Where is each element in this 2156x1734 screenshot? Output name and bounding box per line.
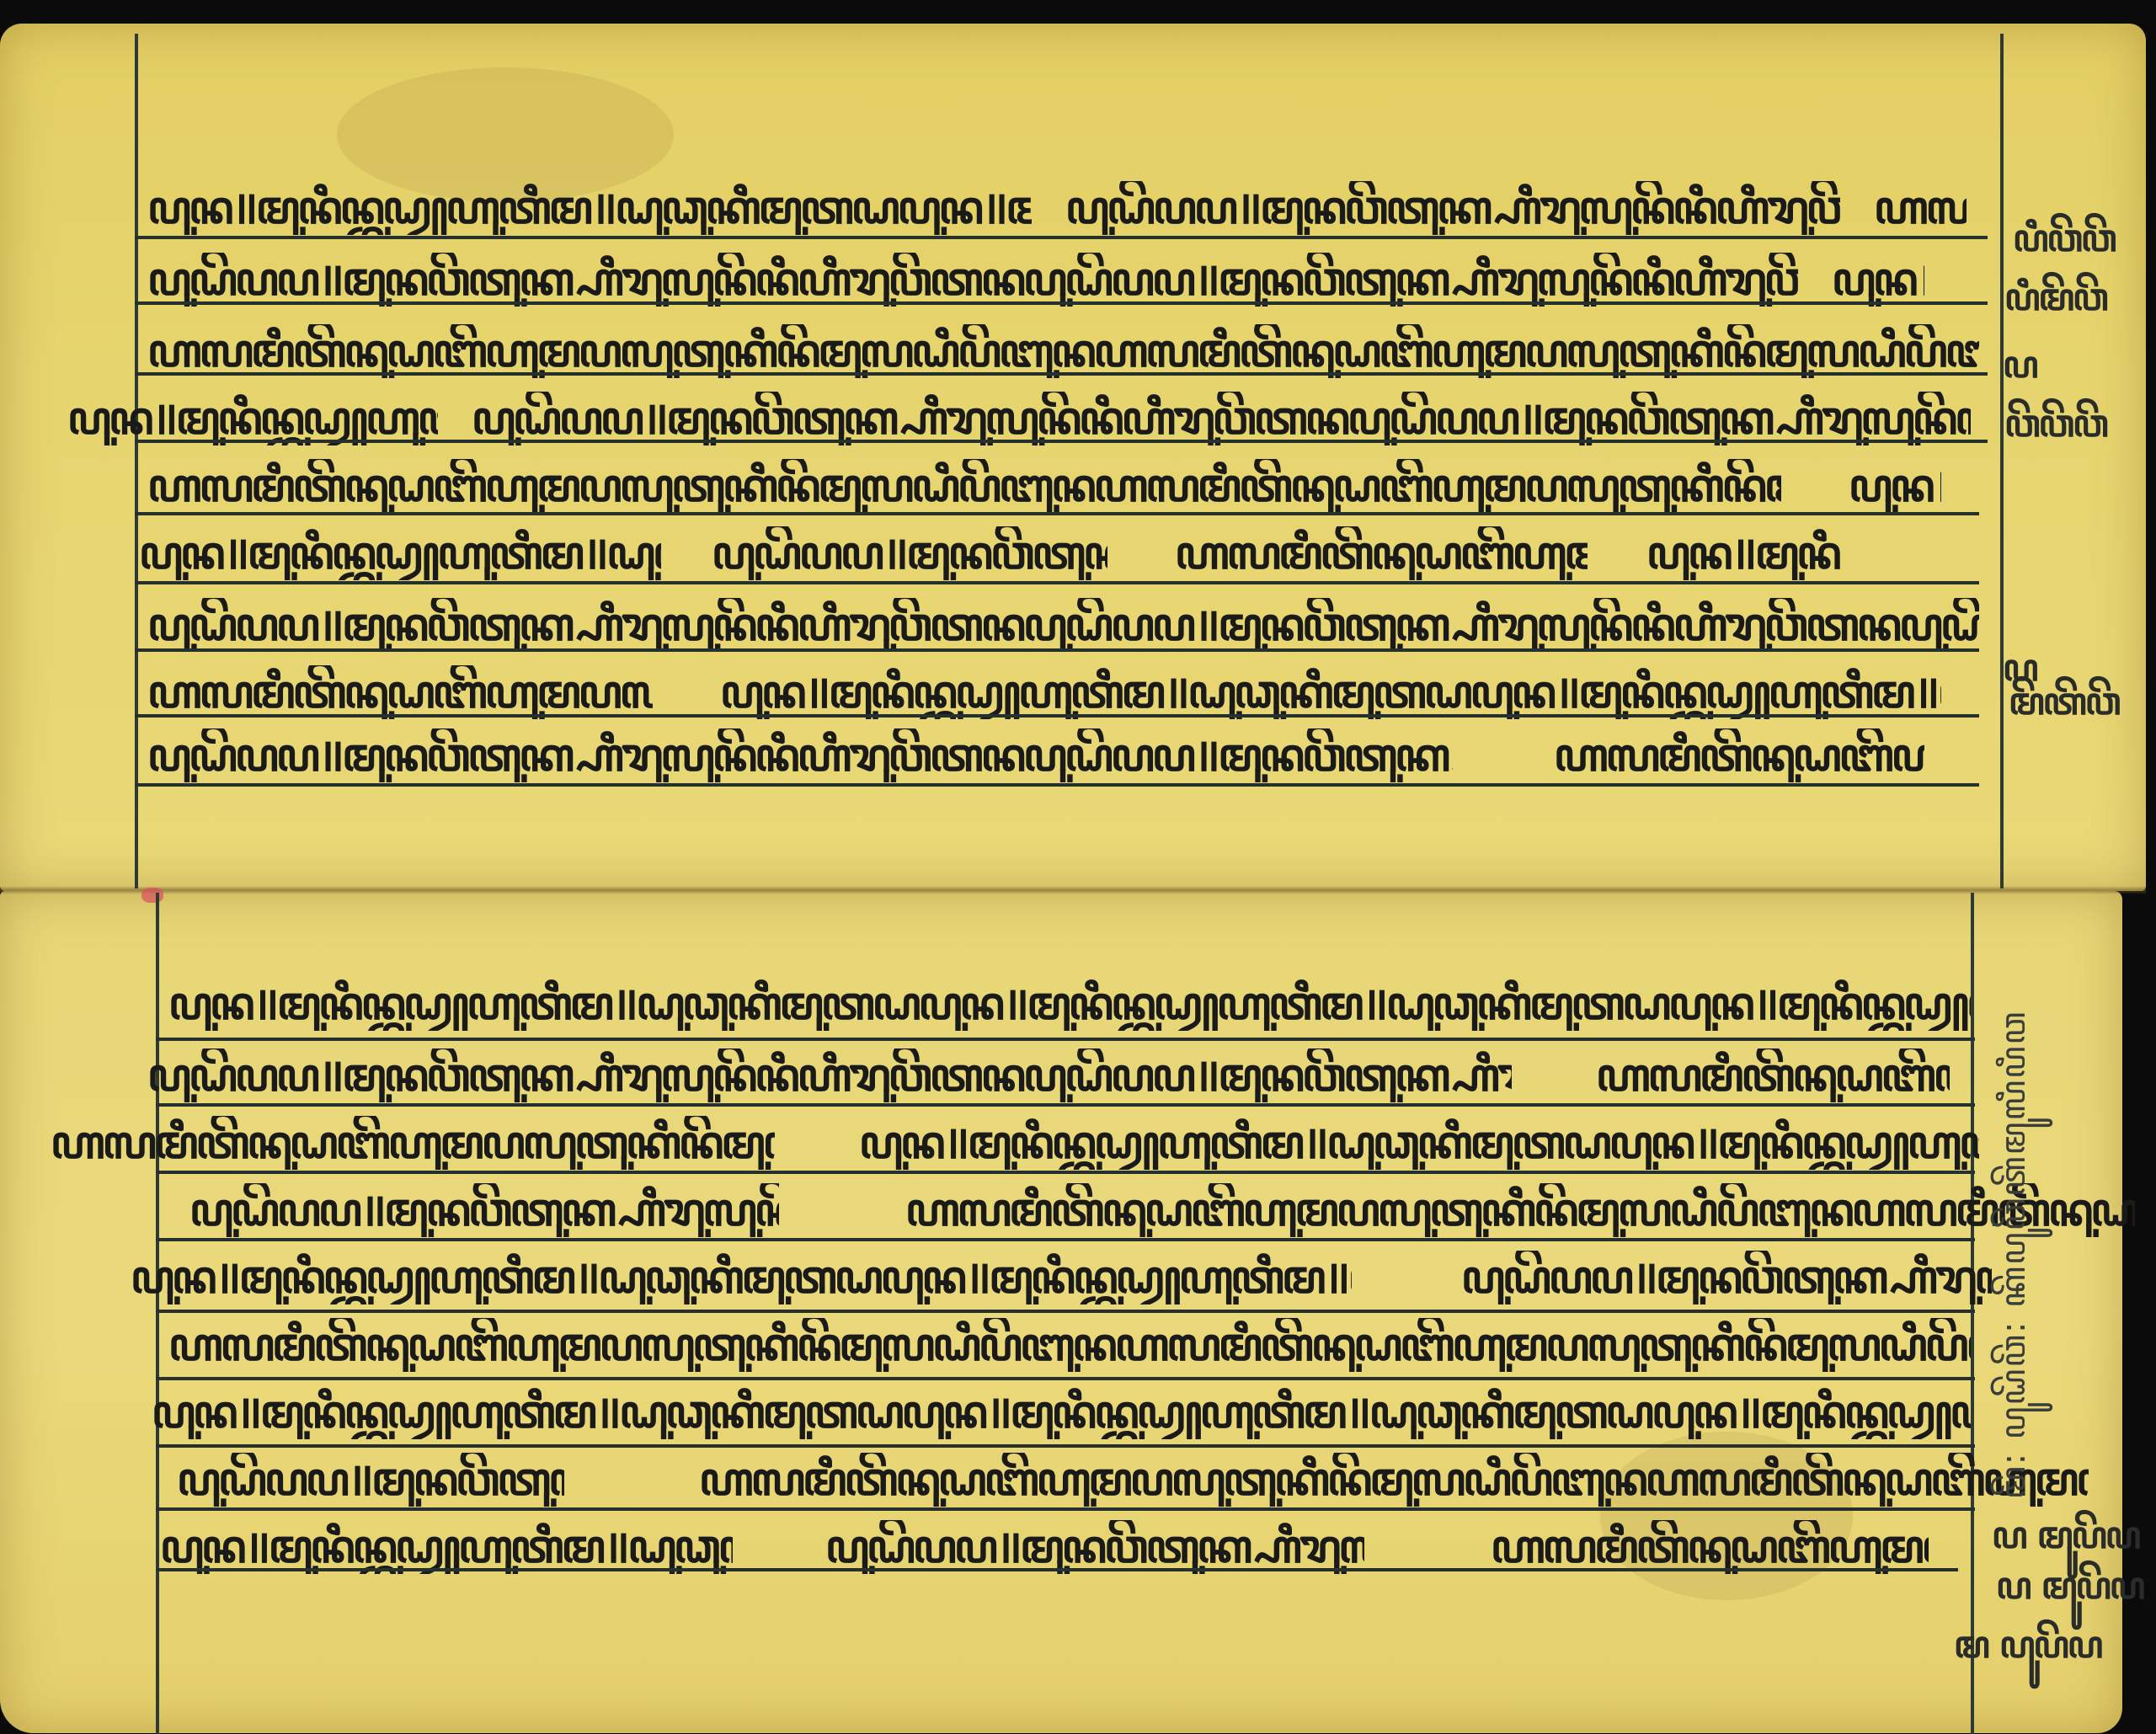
script-segment: ꦲꦭꦩꦶꦠꦼꦤꦸꦝꦧꦼꦲꦸꦩꦥꦭꦸꦠꦸꦏꦶꦤꦼꦩꦸꦭꦝꦶꦥꦼꦧꦸꦤ <box>1175 526 1588 580</box>
top-folio-line: ꦥꦸꦝꦼꦥꦥ॥ꦩꦸꦤꦮꦼꦠꦸꦏ꧀ꦲꦶꦫꦸꦭꦸꦤꦼꦤꦶꦲꦶꦫꦸꦮꦼꦠꦤꦥꦸꦝꦼꦥꦥ… <box>147 728 1924 782</box>
top-folio-ruling-line <box>135 440 1988 443</box>
bottom-folio-line: ꦥꦸꦤ॥ꦩꦸꦤꦶꦤ꧀ꦧꦸꦝꦾꦲꦸꦠꦶꦩ॥ꦝꦸꦣꦸꦏꦶꦩꦸꦠꦝꦥꦸꦤ॥ꦩꦸꦤꦶꦤ꧀… <box>131 1251 1992 1305</box>
top-left-margin-rule <box>135 34 138 888</box>
bottom-left-margin-rule <box>156 893 159 1734</box>
top-folio-ruling-line <box>135 236 1988 239</box>
top-folio-line: ꦥꦸꦤ॥ꦩꦸꦤꦶꦤ꧀ꦧꦸꦝꦾꦲꦸꦠꦶꦩ॥ꦝꦸꦣꦸꦏꦶꦩꦸꦠꦝꦥꦸꦝꦼꦥꦥ॥ꦩꦸꦤ… <box>67 392 1971 446</box>
top-folio-line: ꦲꦭꦩꦶꦠꦼꦤꦸꦝꦧꦼꦲꦸꦩꦥꦭꦸꦠꦸꦏꦶꦤꦼꦩꦸꦭꦝꦶꦥꦼꦧꦸꦤꦲꦭꦩꦶꦠꦼꦤ… <box>147 459 1941 513</box>
script-segment: ꦥꦸꦝꦼꦥꦥ॥ꦩꦸꦤꦮꦼꦠꦸꦏ꧀ꦲꦶꦫꦸꦭꦸꦤꦼꦤꦶꦲꦶꦫꦸꦮꦼꦠꦤꦥꦸꦝꦼꦥꦥ… <box>147 1048 1512 1102</box>
top-folio-line: ꦥꦸꦤ॥ꦩꦸꦤꦶꦤ꧀ꦧꦸꦝꦾꦲꦸꦠꦶꦩ॥ꦝꦸꦣꦸꦏꦶꦩꦸꦠꦝꦥꦸꦤ॥ꦩꦸꦤꦶꦤ꧀… <box>147 181 1967 235</box>
top-folio-ruling-line <box>135 714 1979 718</box>
script-segment: ꦥꦸꦝꦼꦥꦥ॥ꦩꦸꦤꦮꦼꦠꦸꦏ꧀ꦲꦶꦫꦸꦭꦸꦤꦼꦤꦶꦲꦶꦫꦸꦮꦼꦠꦤꦥꦸꦝꦼꦥꦥ… <box>147 598 1979 652</box>
bottom-folio-ruling-line <box>156 1568 1958 1571</box>
top-folio-line: ꦲꦭꦩꦶꦠꦼꦤꦸꦝꦧꦼꦲꦸꦩꦥꦭꦸꦠꦸꦏꦶꦤꦼꦩꦸꦭꦝꦶꦥꦼꦧꦸꦤꦥꦸꦤ॥ꦩꦸꦤ… <box>147 665 1941 719</box>
bottom-folio-line: ꦥꦸꦤ॥ꦩꦸꦤꦶꦤ꧀ꦧꦸꦝꦾꦲꦸꦠꦶꦩ॥ꦝꦸꦣꦸꦏꦶꦩꦸꦠꦝꦥꦸꦝꦼꦥꦥ॥ꦩꦸꦤ… <box>160 1520 1929 1574</box>
script-segment: ꦥꦸꦤ॥ꦩꦸꦤꦶꦤ꧀ꦧꦸꦝꦾꦲꦸꦠꦶꦩ॥ꦝꦸꦣꦸꦏꦶꦩꦸꦠꦝꦥꦸꦤ॥ꦩꦸꦤꦶꦤ꧀… <box>720 665 1941 719</box>
script-segment: ꦥꦸꦤ॥ꦩꦸꦤꦶꦤ꧀ꦧꦸꦝꦾꦲꦸꦠꦶꦩ॥ꦝꦸꦣꦸꦏꦶꦩꦸꦠꦝ <box>67 392 438 446</box>
top-folio-line: ꦥꦸꦝꦼꦥꦥ॥ꦩꦸꦤꦮꦼꦠꦸꦏ꧀ꦲꦶꦫꦸꦭꦸꦤꦼꦤꦶꦲꦶꦫꦸꦮꦼꦠꦤꦥꦸꦝꦼꦥꦥ… <box>147 253 1924 307</box>
script-segment: ꦲꦭꦩꦶꦠꦼꦤꦸꦝꦧꦼꦲꦸꦩꦥꦭꦸꦠꦸꦏꦶꦤꦼꦩꦸꦭꦝꦶꦥꦼꦧꦸꦤꦲꦭꦩꦶꦠꦼꦤ… <box>905 1183 2135 1237</box>
script-segment: ꦲꦭꦩꦶꦠꦼꦤꦸꦝꦧꦼꦲꦸꦩꦥꦭꦸꦠꦸꦏꦶꦤꦼꦩꦸꦭꦝꦶꦥꦼꦧꦸꦤ <box>1491 1520 1929 1574</box>
top-folio-ruling-line <box>135 783 1979 787</box>
script-segment: ꦥꦸꦝꦼꦥꦥ॥ꦩꦸꦤꦮꦼꦠꦸꦏ꧀ꦲꦶꦫꦸꦭꦸꦤꦼꦤꦶꦲꦶꦫꦸꦮꦼꦠꦤꦥꦸꦝꦼꦥꦥ… <box>472 392 1971 446</box>
script-segment: ꦥꦸꦤ॥ꦩꦸꦤꦶꦤ꧀ꦧꦸꦝꦾꦲꦸꦠꦶꦩ॥ꦝꦸꦣꦸꦏꦶꦩꦸꦠꦝ <box>139 526 661 580</box>
bottom-folio-line: ꦥꦸꦝꦼꦥꦥ॥ꦩꦸꦤꦮꦼꦠꦸꦏ꧀ꦲꦶꦫꦸꦭꦸꦤꦼꦤꦶꦲꦶꦫꦸꦮꦼꦠꦤꦲꦭꦩꦶꦠꦼ… <box>189 1183 2135 1237</box>
script-segment: ꦥꦸꦤ॥ꦩꦸꦤꦶꦤ꧀ꦧꦸꦝꦾꦲꦸꦠꦶꦩ॥ꦝꦸꦣꦸꦏꦶꦩꦸꦠꦝ <box>1832 253 1924 307</box>
script-segment: ꦥꦸꦤ॥ꦩꦸꦤꦶꦤ꧀ꦧꦸꦝꦾꦲꦸꦠꦶꦩ॥ꦝꦸꦣꦸꦏꦶꦩꦸꦠꦝ <box>160 1520 733 1574</box>
bottom-folio-ruling-line <box>156 1377 1975 1380</box>
bottom-folio-ruling-line <box>156 1238 1975 1241</box>
top-folio-ruling-line <box>135 301 1988 305</box>
margin-annotation: ꦮꦼꦮꦼꦮꦼ <box>2004 396 2107 471</box>
bottom-folio-ruling-line <box>156 1103 1975 1107</box>
script-segment: ꦥꦸꦝꦼꦥꦥ॥ꦩꦸꦤꦮꦼꦠꦸꦏ꧀ꦲꦶꦫꦸꦭꦸꦤꦼꦤꦶꦲꦶꦫꦸꦮꦼꦠꦤ <box>712 526 1107 580</box>
script-segment: ꦥꦸꦤ॥ꦩꦸꦤꦶꦤ꧀ꦧꦸꦝꦾꦲꦸꦠꦶꦩ॥ꦝꦸꦣꦸꦏꦶꦩꦸꦠꦝꦥꦸꦤ॥ꦩꦸꦤꦶꦤ꧀… <box>168 977 1971 1031</box>
script-segment: ꦥꦸꦝꦼꦥꦥ॥ꦩꦸꦤꦮꦼꦠꦸꦏ꧀ꦲꦶꦫꦸꦭꦸꦤꦼꦤꦶꦲꦶꦫꦸꦮꦼꦠꦤ <box>1461 1251 1992 1305</box>
bottom-folio-line: ꦲꦭꦩꦶꦠꦼꦤꦸꦝꦧꦼꦲꦸꦩꦥꦭꦸꦠꦸꦏꦶꦤꦼꦩꦸꦭꦝꦶꦥꦼꦧꦸꦤꦲꦭꦩꦶꦠꦼꦤ… <box>168 1318 1971 1372</box>
script-segment: ꦲꦭꦩꦶꦠꦼꦤꦸꦝꦧꦼꦲꦸꦩꦥꦭꦸꦠꦸꦏꦶꦤꦼꦩꦸꦭꦝꦶꦥꦼꦧꦸꦤꦲꦭꦩꦶꦠꦼꦤ… <box>51 1116 775 1170</box>
script-segment: ꦲꦭꦩꦶꦠꦼꦤꦸꦝꦧꦼꦲꦸꦩꦥꦭꦸꦠꦸꦏꦶꦤꦼꦩꦸꦭꦝꦶꦥꦼꦧꦸꦤꦲꦭꦩꦶꦠꦼꦤ… <box>699 1453 2089 1507</box>
script-segment: ꦥꦸꦤ॥ꦩꦸꦤꦶꦤ꧀ꦧꦸꦝꦾꦲꦸꦠꦶꦩ॥ꦝꦸꦣꦸꦏꦶꦩꦸꦠꦝꦥꦸꦤ॥ꦩꦸꦤꦶꦤ꧀… <box>859 1116 1979 1170</box>
script-segment: ꦲꦭꦩꦶꦠꦼꦤꦸꦝꦧꦼꦲꦸꦩꦥꦭꦸꦠꦸꦏꦶꦤꦼꦩꦸꦭꦝꦶꦥꦼꦧꦸꦤ <box>147 665 653 719</box>
script-segment: ꦥꦸꦝꦼꦥꦥ॥ꦩꦸꦤꦮꦼꦠꦸꦏ꧀ꦲꦶꦫꦸꦭꦸꦤꦼꦤꦶꦲꦶꦫꦸꦮꦼꦠꦤꦥꦸꦝꦼꦥꦥ… <box>147 253 1798 307</box>
top-folio-ruling-line <box>135 581 1979 584</box>
script-segment: ꦥꦸꦤ॥ꦩꦸꦤꦶꦤ꧀ꦧꦸꦝꦾꦲꦸꦠꦶꦩ॥ꦝꦸꦣꦸꦏꦶꦩꦸꦠꦝꦥꦸꦤ॥ꦩꦸꦤꦶꦤ꧀… <box>131 1251 1352 1305</box>
margin-annotation: ꦥꦶꦩꦼꦮꦼ <box>2004 269 2107 344</box>
bottom-folio-ruling-line <box>156 1444 1975 1448</box>
script-segment: ꦲꦭꦩꦶꦠꦼꦤꦸꦝꦧꦼꦲꦸꦩꦥꦭꦸꦠꦸꦏꦶꦤꦼꦩꦸꦭꦝꦶꦥꦼꦧꦸꦤꦲꦭꦩꦶꦠꦼꦤ… <box>168 1318 1971 1372</box>
script-segment: ꦥꦸꦤ॥ꦩꦸꦤꦶꦤ꧀ꦧꦸꦝꦾꦲꦸꦠꦶꦩ॥ꦝꦸꦣꦸꦏꦶꦩꦸꦠꦝ <box>1849 459 1941 513</box>
script-segment: ꦥꦸꦝꦼꦥꦥ॥ꦩꦸꦤꦮꦼꦠꦸꦏ꧀ꦲꦶꦫꦸꦭꦸꦤꦼꦤꦶꦲꦶꦫꦸꦮꦼꦠꦤ <box>189 1183 779 1237</box>
script-segment: ꦥꦸꦝꦼꦥꦥ॥ꦩꦸꦤꦮꦼꦠꦸꦏ꧀ꦲꦶꦫꦸꦭꦸꦤꦼꦤꦶꦲꦶꦫꦸꦮꦼꦠꦤꦥꦸꦝꦼꦥꦥ… <box>147 728 1453 782</box>
top-folio-ruling-line <box>135 648 1979 652</box>
script-segment: ꦥꦸꦝꦼꦥꦥ॥ꦩꦸꦤꦮꦼꦠꦸꦏ꧀ꦲꦶꦫꦸꦭꦸꦤꦼꦤꦶꦲꦶꦫꦸꦮꦼꦠꦤꦥꦸꦝꦼꦥꦥ… <box>1065 181 1840 235</box>
top-right-margin-rule <box>2000 34 2004 888</box>
fold-crease <box>0 886 2146 894</box>
bottom-folio-ruling-line <box>156 1171 1975 1174</box>
top-folio-line: ꦥꦸꦝꦼꦥꦥ॥ꦩꦸꦤꦮꦼꦠꦸꦏ꧀ꦲꦶꦫꦸꦭꦸꦤꦼꦤꦶꦲꦶꦫꦸꦮꦼꦠꦤꦥꦸꦝꦼꦥꦥ… <box>147 598 1979 652</box>
margin-annotation: ꦩꦼꦠꦼꦮꦼ <box>2009 674 2119 749</box>
bottom-folio-line: ꦥꦸꦝꦼꦥꦥ॥ꦩꦸꦤꦮꦼꦠꦸꦏ꧀ꦲꦶꦫꦸꦭꦸꦤꦼꦤꦶꦲꦶꦫꦸꦮꦼꦠꦤꦲꦭꦩꦶꦠꦼ… <box>177 1453 2089 1507</box>
bottom-folio-line: ꦥꦸꦤ॥ꦩꦸꦤꦶꦤ꧀ꦧꦸꦝꦾꦲꦸꦠꦶꦩ॥ꦝꦸꦣꦸꦏꦶꦩꦸꦠꦝꦥꦸꦤ॥ꦩꦸꦤꦶꦤ꧀… <box>168 977 1971 1031</box>
red-stain <box>141 888 163 903</box>
script-segment: ꦲꦭꦩꦶꦠꦼꦤꦸꦝꦧꦼꦲꦸꦩꦥꦭꦸꦠꦸꦏꦶꦤꦼꦩꦸꦭꦝꦶꦥꦼꦧꦸꦤ <box>1596 1048 1950 1102</box>
bottom-folio-line: ꦥꦸꦝꦼꦥꦥ॥ꦩꦸꦤꦮꦼꦠꦸꦏ꧀ꦲꦶꦫꦸꦭꦸꦤꦼꦤꦶꦲꦶꦫꦸꦮꦼꦠꦤꦥꦸꦝꦼꦥꦥ… <box>147 1048 1950 1102</box>
bottom-folio-ruling-line <box>156 1310 1975 1313</box>
top-folio-line: ꦥꦸꦤ॥ꦩꦸꦤꦶꦤ꧀ꦧꦸꦝꦾꦲꦸꦠꦶꦩ॥ꦝꦸꦣꦸꦏꦶꦩꦸꦠꦝꦥꦸꦝꦼꦥꦥ॥ꦩꦸꦤ… <box>139 526 1840 580</box>
top-folio-line: ꦲꦭꦩꦶꦠꦼꦤꦸꦝꦧꦼꦲꦸꦩꦥꦭꦸꦠꦸꦏꦶꦤꦼꦩꦸꦭꦝꦶꦥꦼꦧꦸꦤꦲꦭꦩꦶꦠꦼꦤ… <box>147 324 1979 378</box>
bottom-folio-line: ꦲꦭꦩꦶꦠꦼꦤꦸꦝꦧꦼꦲꦸꦩꦥꦭꦸꦠꦸꦏꦶꦤꦼꦩꦸꦭꦝꦶꦥꦼꦧꦸꦤꦲꦭꦩꦶꦠꦼꦤ… <box>51 1116 1979 1170</box>
script-segment: ꦥꦸꦤ॥ꦩꦸꦤꦶꦤ꧀ꦧꦸꦝꦾꦲꦸꦠꦶꦩ॥ꦝꦸꦣꦸꦏꦶꦩꦸꦠꦝꦥꦸꦤ॥ꦩꦸꦤꦶꦤ꧀… <box>147 181 1032 235</box>
script-segment: ꦲꦭꦩꦶꦠꦼꦤꦸꦝꦧꦼꦲꦸꦩꦥꦭꦸꦠꦸꦏꦶꦤꦼꦩꦸꦭꦝꦶꦥꦼꦧꦸꦤ <box>1874 181 1967 235</box>
script-segment: ꦲꦭꦩꦶꦠꦼꦤꦸꦝꦧꦼꦲꦸꦩꦥꦭꦸꦠꦸꦏꦶꦤꦼꦩꦸꦭꦝꦶꦥꦼꦧꦸꦤꦲꦭꦩꦶꦠꦼꦤ… <box>147 324 1979 378</box>
bottom-right-margin-rule <box>1971 893 1974 1734</box>
vertical-margin-annotation: ꦩꦼ: ꦥꦸꦝꦼꦮꦼ: ꦏꦼꦥꦸꦮꦼꦠꦼꦩꦸꦭꦶꦥꦶꦮ <box>1979 800 2048 1499</box>
top-folio-ruling-line <box>135 512 1979 515</box>
script-segment: ꦲꦭꦩꦶꦠꦼꦤꦸꦝꦧꦼꦲꦸꦩꦥꦭꦸꦠꦸꦏꦶꦤꦼꦩꦸꦭꦝꦶꦥꦼꦧꦸꦤꦲꦭꦩꦶꦠꦼꦤ… <box>147 459 1781 513</box>
margin-annotation: ꦩ ꦥꦸꦥꦼꦥ <box>1954 1617 2101 1692</box>
script-segment: ꦥꦸꦤ॥ꦩꦸꦤꦶꦤ꧀ꦧꦸꦝꦾꦲꦸꦠꦶꦩ॥ꦝꦸꦣꦸꦏꦶꦩꦸꦠꦝ <box>1646 526 1840 580</box>
bottom-folio-ruling-line <box>156 1507 1975 1511</box>
bottom-folio-ruling-line <box>156 1038 1975 1041</box>
top-folio-ruling-line <box>135 372 1988 376</box>
script-segment: ꦥꦸꦝꦼꦥꦥ॥ꦩꦸꦤꦮꦼꦠꦸꦏ꧀ꦲꦶꦫꦸꦭꦸꦤꦼꦤꦶꦲꦶꦫꦸꦮꦼꦠꦤ <box>825 1520 1364 1574</box>
script-segment: ꦲꦭꦩꦶꦠꦼꦤꦸꦝꦧꦼꦲꦸꦩꦥꦭꦸꦠꦸꦏꦶꦤꦼꦩꦸꦭꦝꦶꦥꦼꦧꦸꦤ <box>1554 728 1924 782</box>
script-segment: ꦥꦸꦤ॥ꦩꦸꦤꦶꦤ꧀ꦧꦸꦝꦾꦲꦸꦠꦶꦩ॥ꦝꦸꦣꦸꦏꦶꦩꦸꦠꦝꦥꦸꦤ॥ꦩꦸꦤꦶꦤ꧀… <box>152 1385 1971 1439</box>
bottom-folio-line: ꦥꦸꦤ॥ꦩꦸꦤꦶꦤ꧀ꦧꦸꦝꦾꦲꦸꦠꦶꦩ॥ꦝꦸꦣꦸꦏꦶꦩꦸꦠꦝꦥꦸꦤ॥ꦩꦸꦤꦶꦤ꧀… <box>152 1385 1971 1439</box>
script-segment: ꦥꦸꦝꦼꦥꦥ॥ꦩꦸꦤꦮꦼꦠꦸꦏ꧀ꦲꦶꦫꦸꦭꦸꦤꦼꦤꦶꦲꦶꦫꦸꦮꦼꦠꦤ <box>177 1453 564 1507</box>
